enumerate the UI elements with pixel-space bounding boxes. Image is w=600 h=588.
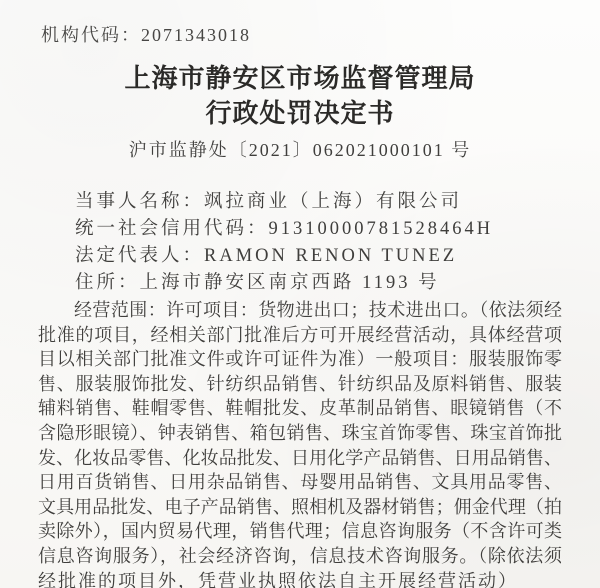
document-body: 当事人名称：飒拉商业（上海）有限公司 统一社会信用代码：913100007815…	[38, 189, 562, 588]
business-scope-line: 辅料销售、鞋帽零售、鞋帽批发、皮革制品销售、眼镜销售（不	[38, 396, 562, 421]
party-name-line: 当事人名称：飒拉商业（上海）有限公司	[38, 189, 562, 216]
credit-code-line: 统一社会信用代码：91310000781528464H	[38, 216, 562, 243]
business-scope-line: 发、化妆品零售、化妆品批发、日用化学产品销售、日用品销售、	[38, 446, 562, 471]
business-scope-line: 目以相关部门批准文件或许可证件为准）一般项目：服装服饰零	[38, 347, 562, 372]
title-document-type: 行政处罚决定书	[0, 96, 600, 131]
business-scope-line: 经营范围：许可项目：货物进出口；技术进出口。（依法须经	[38, 298, 562, 323]
business-scope: 经营范围：许可项目：货物进出口；技术进出口。（依法须经批准的项目，经相关部门批准…	[38, 298, 562, 588]
business-scope-line: 卖除外），国内贸易代理，销售代理；信息咨询服务（不含许可类	[38, 519, 562, 544]
business-scope-line: 经批准的项目外，凭营业执照依法自主开展经营活动）	[38, 569, 562, 588]
document-title: 上海市静安区市场监督管理局 行政处罚决定书	[0, 61, 600, 131]
business-scope-line: 信息咨询服务），社会经济咨询，信息技术咨询服务。（除依法须	[38, 544, 562, 569]
org-code-line: 机构代码：2071343018	[41, 21, 251, 47]
business-scope-line: 含隐形眼镜）、钟表销售、箱包销售、珠宝首饰零售、珠宝首饰批	[38, 421, 562, 446]
business-scope-line: 批准的项目，经相关部门批准后方可开展经营活动，具体经营项	[38, 323, 562, 348]
title-authority-name: 上海市静安区市场监督管理局	[0, 61, 600, 96]
business-scope-line: 文具用品批发、电子产品销售、照相机及器材销售；佣金代理（拍	[38, 495, 562, 520]
address-line: 住所：上海市静安区南京西路 1193 号	[38, 270, 562, 297]
business-scope-line: 售、服装服饰批发、针纺织品销售、针纺织品及原料销售、服装	[38, 372, 562, 397]
business-scope-line: 日用百货销售、日用杂品销售、母婴用品销售、文具用品零售、	[38, 470, 562, 495]
legal-representative-line: 法定代表人：RAMON RENON TUNEZ	[38, 243, 562, 270]
penalty-decision-document: 机构代码：2071343018 上海市静安区市场监督管理局 行政处罚决定书 沪市…	[0, 0, 600, 588]
document-number: 沪市监静处〔2021〕062021000101 号	[0, 136, 600, 162]
